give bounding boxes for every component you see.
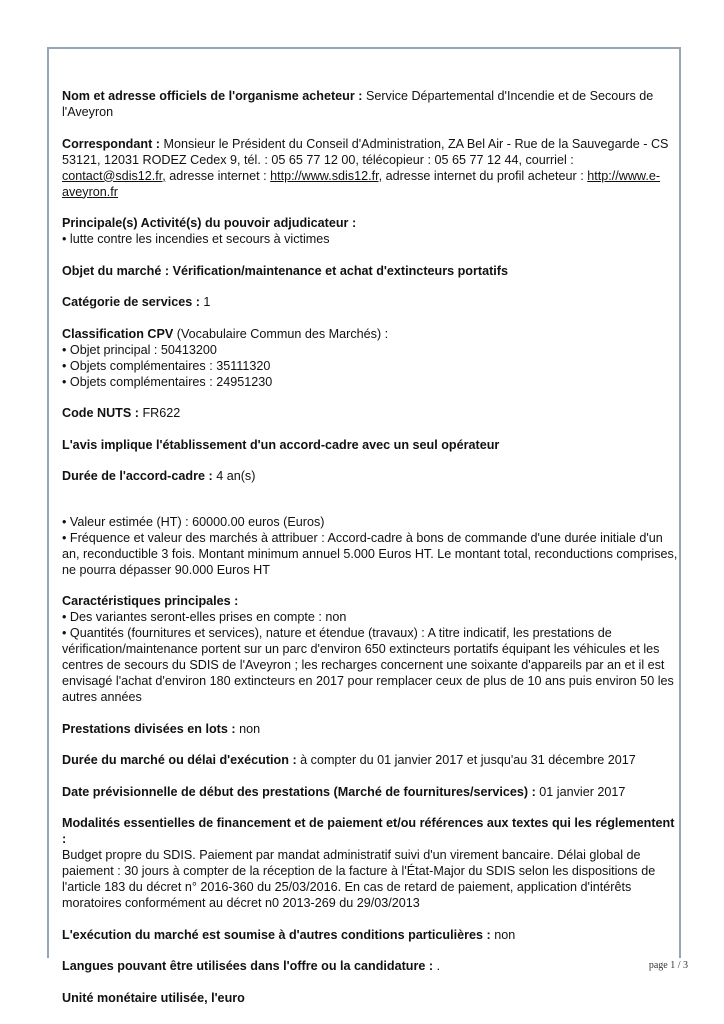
email-link[interactable]: contact@sdis12.fr,: [62, 169, 166, 183]
section-conditions: L'exécution du marché est soumise à d'au…: [62, 927, 680, 943]
section-nuts: Code NUTS : FR622: [62, 405, 680, 421]
cpv-item: • Objets complémentaires : 24951230: [62, 374, 680, 390]
section-duration: Durée du marché ou délai d'exécution : à…: [62, 752, 680, 768]
cpv-item: • Objets complémentaires : 35111320: [62, 358, 680, 374]
currency-label: Unité monétaire utilisée, l'euro: [62, 991, 245, 1005]
framework-duration-label: Durée de l'accord-cadre :: [62, 469, 213, 483]
financing-value: Budget propre du SDIS. Paiement par mand…: [62, 847, 680, 911]
activities-label: Principale(s) Activité(s) du pouvoir adj…: [62, 216, 356, 230]
conditions-value: non: [494, 928, 515, 942]
activity-item: • lutte contre les incendies et secours …: [62, 231, 680, 247]
section-value: • Valeur estimée (HT) : 60000.00 euros (…: [62, 514, 680, 578]
start-date-value: 01 janvier 2017: [539, 785, 625, 799]
languages-label: Langues pouvant être utilisées dans l'of…: [62, 959, 433, 973]
value-item: • Fréquence et valeur des marchés à attr…: [62, 530, 680, 578]
category-label: Catégorie de services :: [62, 295, 200, 309]
financing-label: Modalités essentielles de financement et…: [62, 816, 674, 846]
section-framework-duration: Durée de l'accord-cadre : 4 an(s): [62, 468, 680, 484]
section-correspondent: Correspondant : Monsieur le Président du…: [62, 136, 680, 200]
duration-value: à compter du 01 janvier 2017 et jusqu'au…: [300, 753, 636, 767]
correspondent-label: Correspondant :: [62, 137, 160, 151]
website-link[interactable]: http://www.sdis12.fr,: [270, 169, 382, 183]
characteristics-label: Caractéristiques principales :: [62, 594, 238, 608]
website-label: adresse internet :: [169, 169, 270, 183]
page-number: page 1 / 3: [649, 960, 688, 971]
cpv-label: Classification CPV: [62, 327, 173, 341]
characteristics-item: • Des variantes seront-elles prises en c…: [62, 609, 680, 625]
section-currency: Unité monétaire utilisée, l'euro: [62, 990, 680, 1006]
section-cpv: Classification CPV (Vocabulaire Commun d…: [62, 326, 680, 390]
start-date-label: Date prévisionnelle de début des prestat…: [62, 785, 536, 799]
conditions-label: L'exécution du marché est soumise à d'au…: [62, 928, 491, 942]
framework-duration-value: 4 an(s): [216, 469, 255, 483]
duration-label: Durée du marché ou délai d'exécution :: [62, 753, 297, 767]
section-financing: Modalités essentielles de financement et…: [62, 815, 680, 911]
languages-value: .: [437, 959, 441, 973]
framework-label: L'avis implique l'établissement d'un acc…: [62, 438, 499, 452]
nuts-value: FR622: [142, 406, 180, 420]
cpv-item: • Objet principal : 50413200: [62, 342, 680, 358]
lots-label: Prestations divisées en lots :: [62, 722, 236, 736]
nuts-label: Code NUTS :: [62, 406, 139, 420]
section-start-date: Date prévisionnelle de début des prestat…: [62, 784, 680, 800]
section-activities: Principale(s) Activité(s) du pouvoir adj…: [62, 215, 680, 247]
cpv-note: (Vocabulaire Commun des Marchés) :: [177, 327, 388, 341]
characteristics-item: • Quantités (fournitures et services), n…: [62, 625, 680, 705]
section-languages: Langues pouvant être utilisées dans l'of…: [62, 958, 680, 974]
section-object: Objet du marché : Vérification/maintenan…: [62, 263, 680, 279]
document-body: Nom et adresse officiels de l'organisme …: [62, 88, 680, 1021]
object-label: Objet du marché : Vérification/maintenan…: [62, 264, 508, 278]
section-characteristics: Caractéristiques principales : • Des var…: [62, 593, 680, 705]
section-buyer: Nom et adresse officiels de l'organisme …: [62, 88, 680, 120]
buyer-label: Nom et adresse officiels de l'organisme …: [62, 89, 362, 103]
value-item: • Valeur estimée (HT) : 60000.00 euros (…: [62, 514, 680, 530]
category-value: 1: [203, 295, 210, 309]
section-category: Catégorie de services : 1: [62, 294, 680, 310]
section-lots: Prestations divisées en lots : non: [62, 721, 680, 737]
section-framework: L'avis implique l'établissement d'un acc…: [62, 437, 680, 453]
profile-label: adresse internet du profil acheteur :: [382, 169, 587, 183]
lots-value: non: [239, 722, 260, 736]
